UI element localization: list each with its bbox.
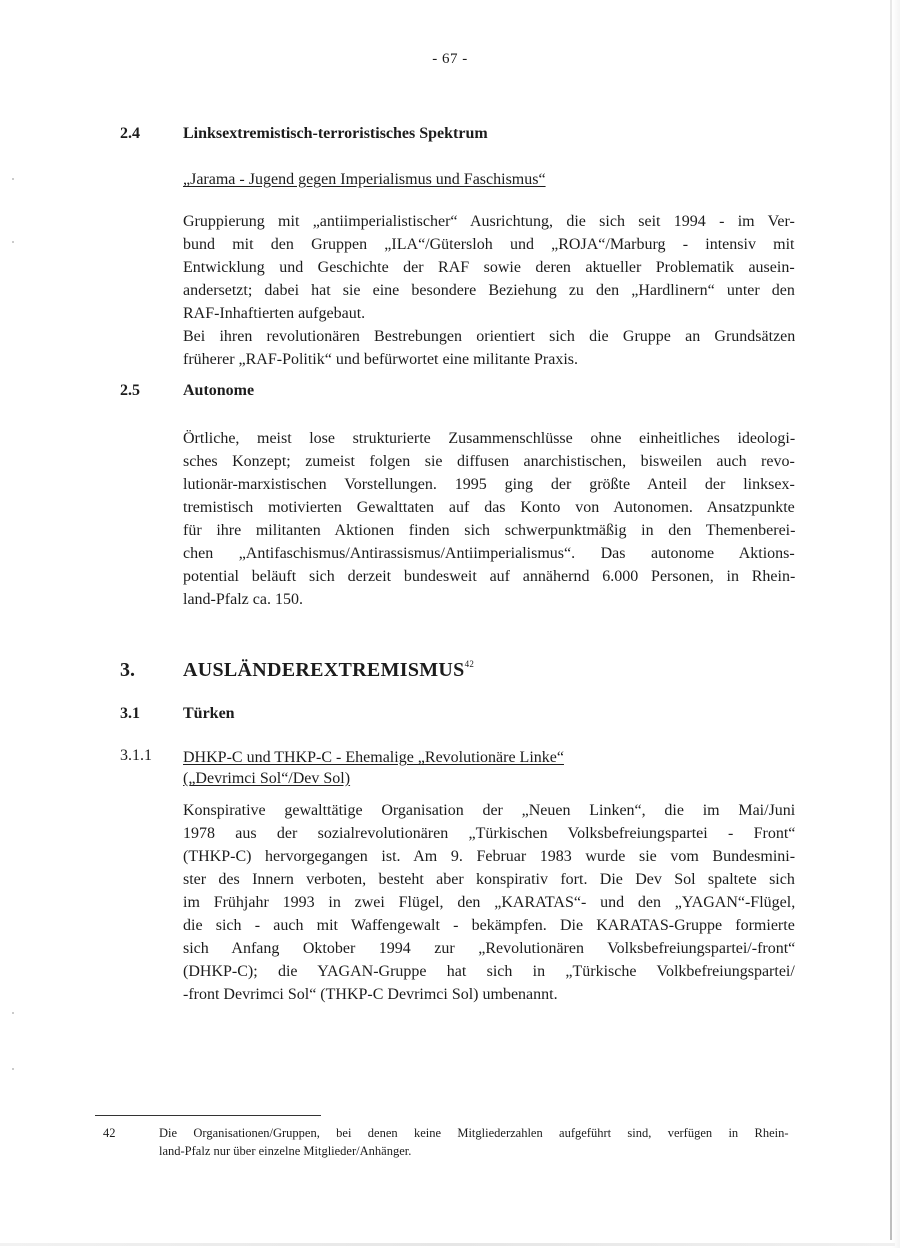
text-line: die sich - auch mit Waffengewalt - bekäm… (183, 914, 795, 937)
text-line: Entwicklung und Geschichte der RAF sowie… (183, 256, 795, 279)
text-line: andersetzt; dabei hat sie eine besondere… (183, 279, 795, 302)
text-line: land-Pfalz ca. 150. (183, 588, 795, 611)
scan-speck (12, 178, 14, 180)
text-line: Konspirative gewalttätige Organisation d… (183, 799, 795, 822)
text-line: 1978 aus der sozialrevolutionären „Türki… (183, 822, 795, 845)
text-line: chen „Antifaschismus/Antirassismus/Antii… (183, 542, 795, 565)
footnote-line: Die Organisationen/Gruppen, bei denen ke… (159, 1124, 789, 1142)
chapter-title: AUSLÄNDEREXTREMISMUS42 (183, 659, 474, 682)
section-title: Autonome (183, 382, 254, 400)
text-line: -front Devrimci Sol“ (THKP-C Devrimci So… (183, 983, 795, 1006)
text-line: für ihre militanten Aktionen finden sich… (183, 519, 795, 542)
text-line: früherer „RAF-Politik“ und befürwortet e… (183, 348, 795, 371)
text-line: lutionär-marxistischen Vorstellungen. 19… (183, 473, 795, 496)
text-line: Bei ihren revolutionären Bestrebungen or… (183, 325, 795, 348)
footnote-number: 42 (103, 1124, 116, 1142)
scan-bottom-edge (0, 1243, 895, 1246)
subsection-title-line: („Devrimci Sol“/Dev Sol) (183, 768, 564, 789)
text-line: Gruppierung mit „antiimperialistischer“ … (183, 210, 795, 233)
text-line: RAF-Inhaftierten aufgebaut. (183, 302, 795, 325)
chapter-number: 3. (120, 659, 135, 682)
document-page: - 67 - 2.4 Linksextremistisch-terroristi… (0, 0, 900, 1248)
section-number: 2.5 (120, 382, 140, 400)
subheading-jarama: „Jarama - Jugend gegen Imperialismus und… (183, 171, 546, 189)
section-number: 2.4 (120, 125, 140, 143)
subsection-title-line: DHKP-C und THKP-C - Ehemalige „Revolutio… (183, 747, 564, 768)
subsection-number: 3.1.1 (120, 747, 152, 765)
text-line: Örtliche, meist lose strukturierte Zusam… (183, 427, 795, 450)
section-title: Türken (183, 705, 235, 723)
text-line: tremistisch motivierten Gewalttaten auf … (183, 496, 795, 519)
section-number: 3.1 (120, 705, 140, 723)
chapter-title-text: AUSLÄNDEREXTREMISMUS (183, 659, 465, 681)
text-line: potential beläuft sich derzeit bundeswei… (183, 565, 795, 588)
text-line: im Frühjahr 1993 in zwei Flügel, den „KA… (183, 891, 795, 914)
text-line: sches Konzept; zumeist folgen sie diffus… (183, 450, 795, 473)
text-line: ster des Innern verboten, besteht aber k… (183, 868, 795, 891)
text-line: sich Anfang Oktober 1994 zur „Revolution… (183, 937, 795, 960)
scan-speck (12, 1012, 14, 1014)
subsection-title: DHKP-C und THKP-C - Ehemalige „Revolutio… (183, 747, 564, 789)
page-number: - 67 - (0, 51, 900, 68)
footnote-line: land-Pfalz nur über einzelne Mitglieder/… (159, 1142, 789, 1160)
paragraph-jarama: Gruppierung mit „antiimperialistischer“ … (183, 210, 795, 371)
footnote-reference[interactable]: 42 (465, 659, 475, 669)
scan-edge-line (890, 0, 892, 1240)
paragraph-dhkp-c: Konspirative gewalttätige Organisation d… (183, 799, 795, 1006)
section-title: Linksextremistisch-terroristisches Spekt… (183, 125, 488, 143)
scan-speck (12, 241, 14, 243)
text-line: (DHKP-C); die YAGAN-Gruppe hat sich in „… (183, 960, 795, 983)
footnote-separator (95, 1115, 321, 1116)
scan-edge (892, 0, 900, 1248)
text-line: bund mit den Gruppen „ILA“/Gütersloh und… (183, 233, 795, 256)
paragraph-autonome: Örtliche, meist lose strukturierte Zusam… (183, 427, 795, 611)
scan-speck (12, 1068, 14, 1070)
text-line: (THKP-C) hervorgegangen ist. Am 9. Febru… (183, 845, 795, 868)
footnote-text: Die Organisationen/Gruppen, bei denen ke… (159, 1124, 789, 1160)
